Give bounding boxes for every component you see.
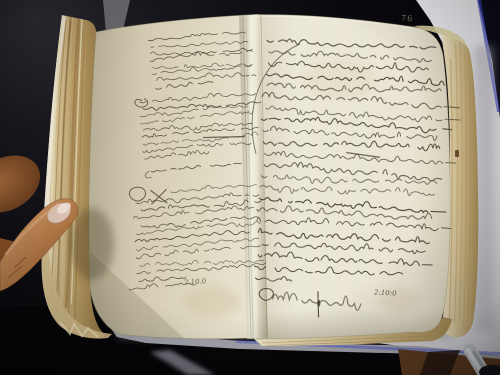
- photo-scene: 76 2.10.0 2:10:0: [0, 0, 500, 375]
- foxing-stain: [302, 60, 374, 100]
- foxing-stain: [184, 287, 240, 317]
- right-page-bottom-shade: [246, 230, 456, 340]
- folio-number: 76: [401, 15, 414, 24]
- right-page-amount: 2:10:0: [374, 289, 397, 297]
- edge-speck: [455, 150, 459, 157]
- manuscript-book-art: [0, 0, 500, 375]
- table-leg-left: [150, 350, 215, 375]
- thumb-shadow: [70, 208, 114, 280]
